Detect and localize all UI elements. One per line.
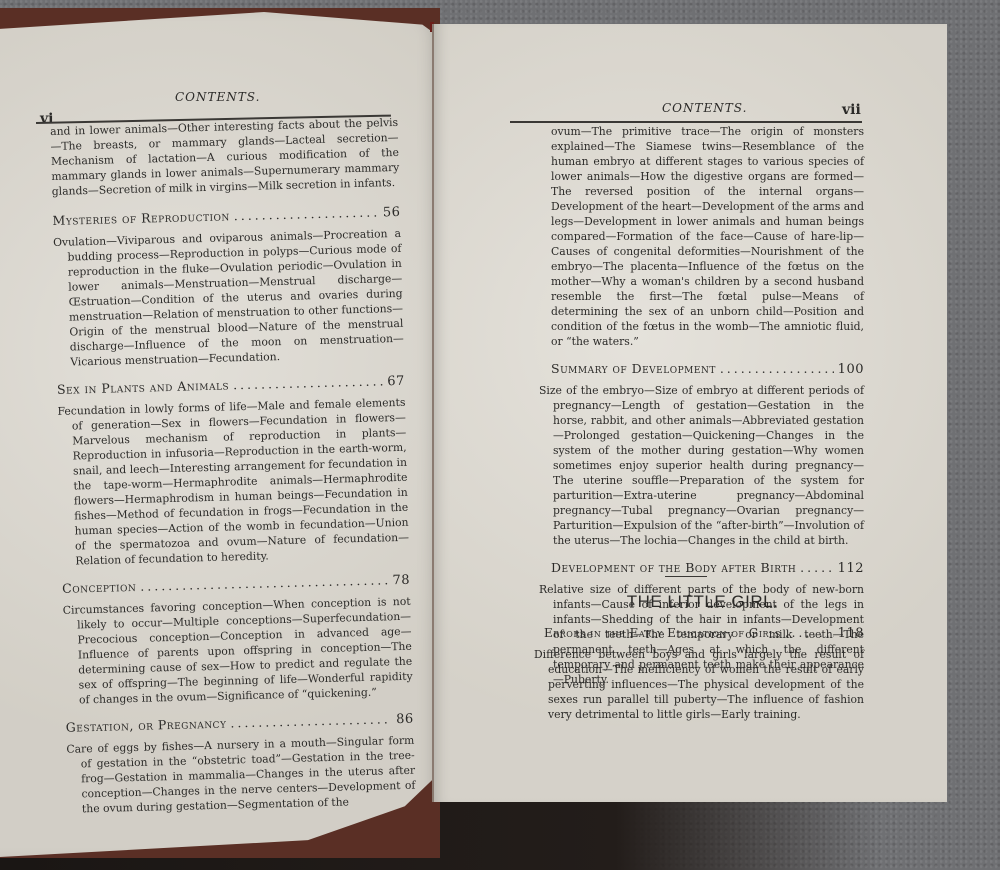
toc-entry-title: Gestation, or Pregnancy [66,716,227,735]
toc-entry-title: Development of the Body after Birth [551,560,796,575]
leader-dots: ........................................ [234,204,379,223]
toc-entry-summary: Fecundation in lowly forms of life—Male … [57,395,409,569]
right-running-head: CONTENTS. [662,101,747,115]
left-continuation: and in lower animals—Other interesting f… [50,115,400,199]
leader-dots: .......... [800,560,834,575]
right-continuation: ovum—The primitive trace—The origin of m… [551,124,864,349]
toc-entry-page: 112 [838,561,864,576]
leader-dots: ........................................ [233,373,384,392]
toc-entry-summary: Care of eggs by fishes—A nursery in a mo… [66,733,416,817]
right-header-rule [510,121,862,123]
toc-entry[interactable]: Sex in Plants and Animals ..............… [57,373,410,569]
toc-entry[interactable]: Errors in the Early Education of Girls .… [544,626,864,722]
leader-dots: ........................................ [230,711,392,730]
toc-entry-heading[interactable]: Errors in the Early Education of Girls .… [544,626,864,641]
toc-entry-page: 100 [838,362,864,377]
toc-entry-heading[interactable]: Summary of Development .................… [551,361,864,377]
toc-entry[interactable]: Summary of Development .................… [551,361,864,548]
toc-entry-title: Errors in the Early Education of Girls [544,626,781,640]
toc-entry-page: 118 [838,626,864,641]
toc-entry-page: 78 [392,573,410,588]
toc-entry-title: Sex in Plants and Animals [57,377,230,397]
toc-entry-heading[interactable]: Development of the Body after Birth ....… [551,560,864,576]
toc-entry[interactable]: Mysteries of Reproduction ..............… [52,204,404,370]
toc-entry-title: Summary of Development [551,361,716,376]
section-ornament-rule [665,576,707,577]
toc-entry-page: 56 [383,205,401,220]
leader-dots: ........................................ [720,361,834,376]
toc-entry-heading[interactable]: Conception .............................… [62,572,410,597]
toc-entry-page: 67 [387,374,405,389]
toc-entry-heading[interactable]: Mysteries of Reproduction ..............… [52,204,400,229]
section-contents: Errors in the Early Education of Girls .… [544,626,864,722]
toc-entry[interactable]: Conception .............................… [62,572,413,708]
toc-entry-title: Conception [62,579,137,596]
toc-entry-summary: Difference between boys and girls largel… [534,647,864,722]
toc-entry-heading[interactable]: Gestation, or Pregnancy ................… [66,711,414,736]
toc-entry-summary: Circumstances favoring conception—When c… [63,594,414,708]
toc-entry-summary: Ovulation—Viviparous and oviparous anima… [53,226,404,370]
right-folio: vii [842,102,861,118]
toc-entry-summary: Size of the embryo—Size of embryo at dif… [539,383,864,548]
leader-dots: .......... [785,626,834,640]
toc-entry-page: 86 [396,712,414,727]
toc-entry-heading[interactable]: Sex in Plants and Animals ..............… [57,373,405,398]
section-title: THE LITTLE GIRL. [540,592,865,612]
left-running-head: CONTENTS. [175,90,260,104]
left-contents: and in lower animals—Other interesting f… [50,115,416,817]
leader-dots: ........................................… [140,572,389,593]
toc-entry-title: Mysteries of Reproduction [52,208,230,228]
toc-entry[interactable]: Gestation, or Pregnancy ................… [66,711,416,817]
